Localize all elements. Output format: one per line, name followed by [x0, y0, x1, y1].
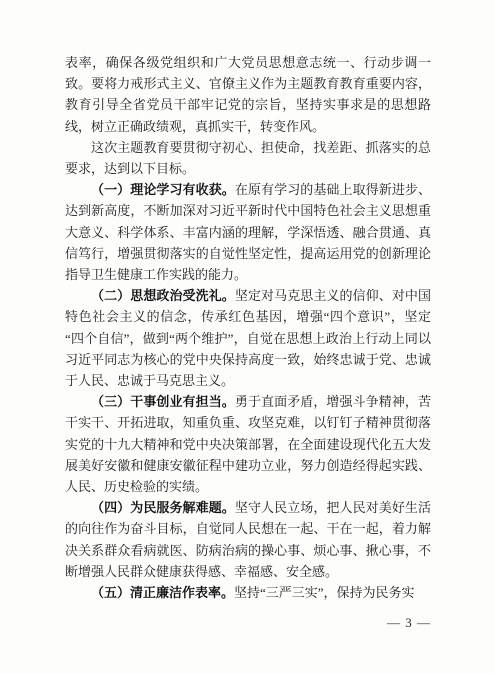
paragraph-text: 表率，确保各级党组织和广大党员思想意志统一、行动步调一致。要将力戒形式主义、官僚… — [65, 55, 431, 134]
section-heading: （三）干事创业有担当。 — [91, 394, 235, 409]
page-number: — 3 — — [387, 614, 431, 632]
paragraph-text: 坚持“三严三实”，保持为民务实 — [234, 585, 415, 600]
paragraph: （二）思想政治受洗礼。坚定对马克思主义的信仰、对中国特色社会主义的信念，传承红色… — [65, 285, 431, 391]
section-heading: （四）为民服务解难题。 — [91, 500, 235, 515]
paragraph: （一）理论学习有收获。在原有学习的基础上取得新进步、达到新高度，不断加深对习近平… — [65, 179, 431, 285]
paragraph: 表率，确保各级党组织和广大党员思想意志统一、行动步调一致。要将力戒形式主义、官僚… — [65, 52, 431, 137]
document-body: 表率，确保各级党组织和广大党员思想意志统一、行动步调一致。要将力戒形式主义、官僚… — [65, 52, 431, 603]
section-heading: （五）清正廉洁作表率。 — [91, 585, 234, 600]
paragraph: （四）为民服务解难题。坚守人民立场，把人民对美好生活的向往作为奋斗目标，自觉同人… — [65, 497, 431, 582]
paragraph: （五）清正廉洁作表率。坚持“三严三实”，保持为民务实 — [65, 582, 431, 603]
paragraph-text: 这次主题教育要贯彻守初心、担使命，找差距、抓落实的总要求，达到以下目标。 — [65, 140, 431, 176]
section-heading: （二）思想政治受洗礼。 — [91, 288, 235, 303]
document-page: 表率，确保各级党组织和广大党员思想意志统一、行动步调一致。要将力戒形式主义、官僚… — [0, 0, 494, 674]
section-heading: （一）理论学习有收获。 — [91, 182, 235, 197]
paragraph: 这次主题教育要贯彻守初心、担使命，找差距、抓落实的总要求，达到以下目标。 — [65, 137, 431, 179]
paragraph: （三）干事创业有担当。勇于直面矛盾，增强斗争精神，苦干实干、开拓进取，知重负重、… — [65, 391, 431, 497]
